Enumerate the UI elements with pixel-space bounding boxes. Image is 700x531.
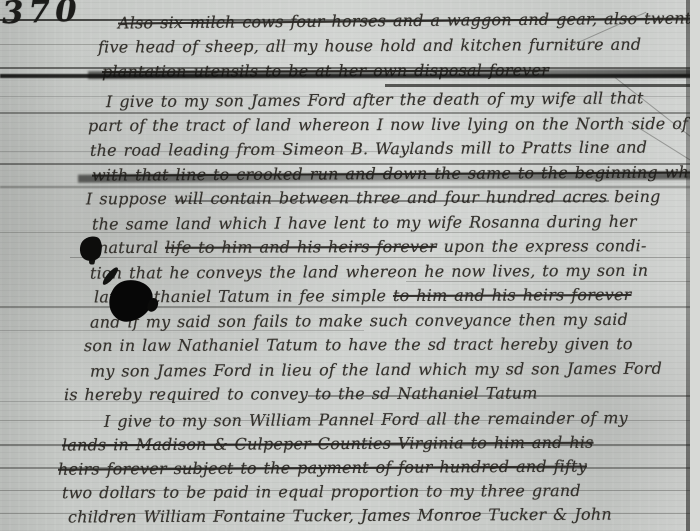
manuscript-line: I give to my son James Ford after the de… [106,86,700,115]
manuscript-line: natural life to him and his heirs foreve… [98,234,700,261]
manuscript-line: the same land which I have lent to my wi… [92,209,700,237]
page-number: 370 [1,0,82,31]
manuscript-line: two dollars to be paid in equal proporti… [62,479,628,505]
page-edge-line [686,0,690,531]
handwritten-text: natural [98,238,165,257]
manuscript-line: I give to my son William Pannel Ford all… [104,406,628,434]
manuscript-line: lands in Madison & Culpeper Counties Vir… [62,431,628,458]
handwritten-text: I give to my son James Ford after the de… [106,88,644,111]
scanned-manuscript-page: 370 Also six milch cows four horses and … [0,0,700,531]
manuscript-line: plantation utensils to be at her own dis… [102,57,700,84]
handwritten-text: and if my said son fails to make such co… [90,309,628,331]
manuscript-line: son in law Nathaniel Tatum to have the s… [84,332,700,359]
manuscript-line: part of the tract of land whereon I now … [88,111,700,138]
handwritten-text: son in law Nathaniel Tatum to have the s… [84,334,633,355]
handwritten-text: the same land which I have lent to my wi… [92,211,637,233]
handwritten-text: tion that he conveys the land whereon he… [90,260,648,282]
handwritten-text: part of the tract of land whereon I now … [88,113,688,134]
page-margin-strip [690,0,700,531]
handwritten-text: I suppose will contain between three and… [86,187,661,209]
handwritten-text: upon the express condi- [437,236,647,256]
struck-text: heirs forever subject to the payment of … [58,457,587,479]
paragraph-bequest-william-pannel-ford: I give to my son William Pannel Ford all… [88,408,628,528]
struck-text: lands in Madison & Culpeper Counties Vir… [62,433,594,455]
manuscript-line: is hereby required to convey to the sd N… [64,381,700,408]
handwritten-text: is hereby required to convey to the sd N… [64,383,538,404]
handwritten-text: I give to my son William Pannel Ford all… [104,408,628,431]
paragraph-bequest-personal-property: Also six milch cows four horses and a wa… [88,8,700,83]
handwritten-text: children William Fontaine Tucker, James … [68,505,612,527]
manuscript-line: tion that he conveys the land whereon he… [90,258,700,286]
manuscript-line: the road leading from Simeon B. Waylands… [90,135,700,163]
manuscript-line: my son James Ford in lieu of the land wh… [90,356,700,384]
manuscript-line: children William Fontaine Tucker, James … [68,503,628,530]
paragraph-bequest-james-ford: I give to my son James Ford after the de… [88,88,700,407]
struck-text: plantation utensils to be at her own dis… [102,60,549,81]
struck-text: Also six milch cows four horses and a wa… [118,8,700,32]
manuscript-line: law Nathaniel Tatum in fee simple to him… [94,283,700,310]
manuscript-line: heirs forever subject to the payment of … [58,454,628,481]
handwritten-text: five head of sheep, all my house hold an… [98,35,641,57]
handwritten-text: two dollars to be paid in equal proporti… [62,481,581,502]
manuscript-line: and if my said son fails to make such co… [90,307,700,335]
manuscript-line: I suppose will contain between three and… [86,185,700,212]
struck-text: with that line to crooked run and down t… [92,162,700,184]
handwritten-text: my son James Ford in lieu of the land wh… [90,358,662,380]
struck-text: life to him and his heirs forever [165,237,437,257]
struck-text: to him and his heirs forever [393,285,632,305]
manuscript-line: five head of sheep, all my house hold an… [98,31,700,59]
handwritten-text: the road leading from Simeon B. Waylands… [90,138,647,160]
manuscript-line: with that line to crooked run and down t… [92,160,700,188]
